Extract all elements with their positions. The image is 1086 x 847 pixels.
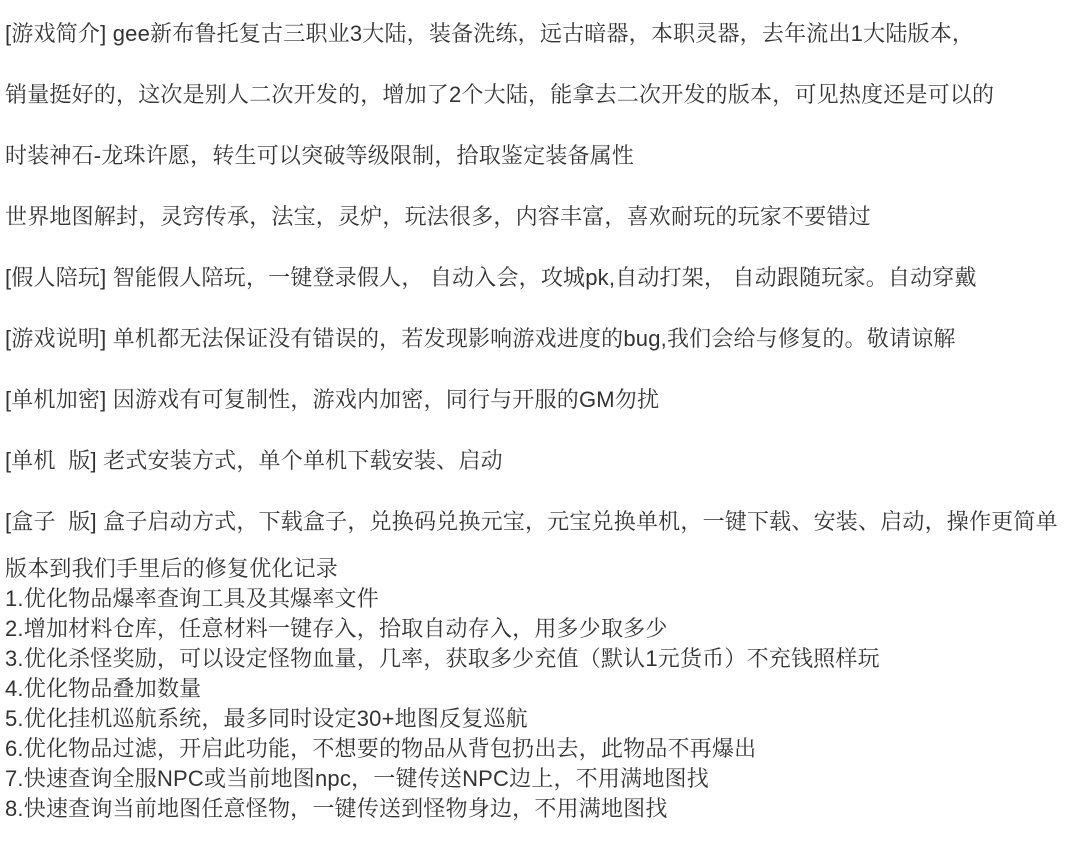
changelog-item: 1.优化物品爆率查询工具及其爆率文件 — [5, 584, 1086, 614]
game-intro-line: 世界地图解封，灵窍传承，法宝，灵炉，玩法很多，内容丰富，喜欢耐玩的玩家不要错过 — [5, 186, 1086, 247]
box-version-line: [盒子 版] 盒子启动方式，下载盒子，兑换码兑换元宝，元宝兑换单机，一键下载、安… — [5, 491, 1086, 552]
game-notes-line: [游戏说明] 单机都无法保证没有错误的，若发现影响游戏进度的bug,我们会给与修… — [5, 308, 1086, 369]
game-description-document: [游戏简介] gee新布鲁托复古三职业3大陆，装备洗练，远古暗器，本职灵器，去年… — [0, 0, 1086, 847]
changelog-item: 4.优化物品叠加数量 — [5, 674, 1086, 704]
changelog-title: 版本到我们手里后的修复优化记录 — [5, 554, 1086, 584]
encryption-line: [单机加密] 因游戏有可复制性，游戏内加密，同行与开服的GM勿扰 — [5, 369, 1086, 430]
changelog-section: 版本到我们手里后的修复优化记录 1.优化物品爆率查询工具及其爆率文件 2.增加材… — [5, 554, 1086, 824]
changelog-item: 2.增加材料仓库，任意材料一键存入，拾取自动存入，用多少取多少 — [5, 614, 1086, 644]
changelog-item: 3.优化杀怪奖励，可以设定怪物血量，几率，获取多少充值（默认1元货币）不充钱照样… — [5, 644, 1086, 674]
game-intro-line: 时装神石-龙珠许愿，转生可以突破等级限制，拾取鉴定装备属性 — [5, 125, 1086, 186]
game-intro-line: [游戏简介] gee新布鲁托复古三职业3大陆，装备洗练，远古暗器，本职灵器，去年… — [5, 3, 1086, 64]
changelog-item: 6.优化物品过滤，开启此功能，不想要的物品从背包扔出去，此物品不再爆出 — [5, 734, 1086, 764]
changelog-item: 5.优化挂机巡航系统，最多同时设定30+地图反复巡航 — [5, 704, 1086, 734]
game-intro-section: [游戏简介] gee新布鲁托复古三职业3大陆，装备洗练，远古暗器，本职灵器，去年… — [5, 3, 1086, 552]
game-intro-line: 销量挺好的，这次是别人二次开发的，增加了2个大陆，能拿去二次开发的版本，可见热度… — [5, 64, 1086, 125]
standalone-version-line: [单机 版] 老式安装方式，单个单机下载安装、启动 — [5, 430, 1086, 491]
changelog-item: 8.快速查询当前地图任意怪物，一键传送到怪物身边，不用满地图找 — [5, 794, 1086, 824]
bot-companion-line: [假人陪玩] 智能假人陪玩，一键登录假人， 自动入会，攻城pk,自动打架， 自动… — [5, 247, 1086, 308]
changelog-item: 7.快速查询全服NPC或当前地图npc，一键传送NPC边上，不用满地图找 — [5, 764, 1086, 794]
